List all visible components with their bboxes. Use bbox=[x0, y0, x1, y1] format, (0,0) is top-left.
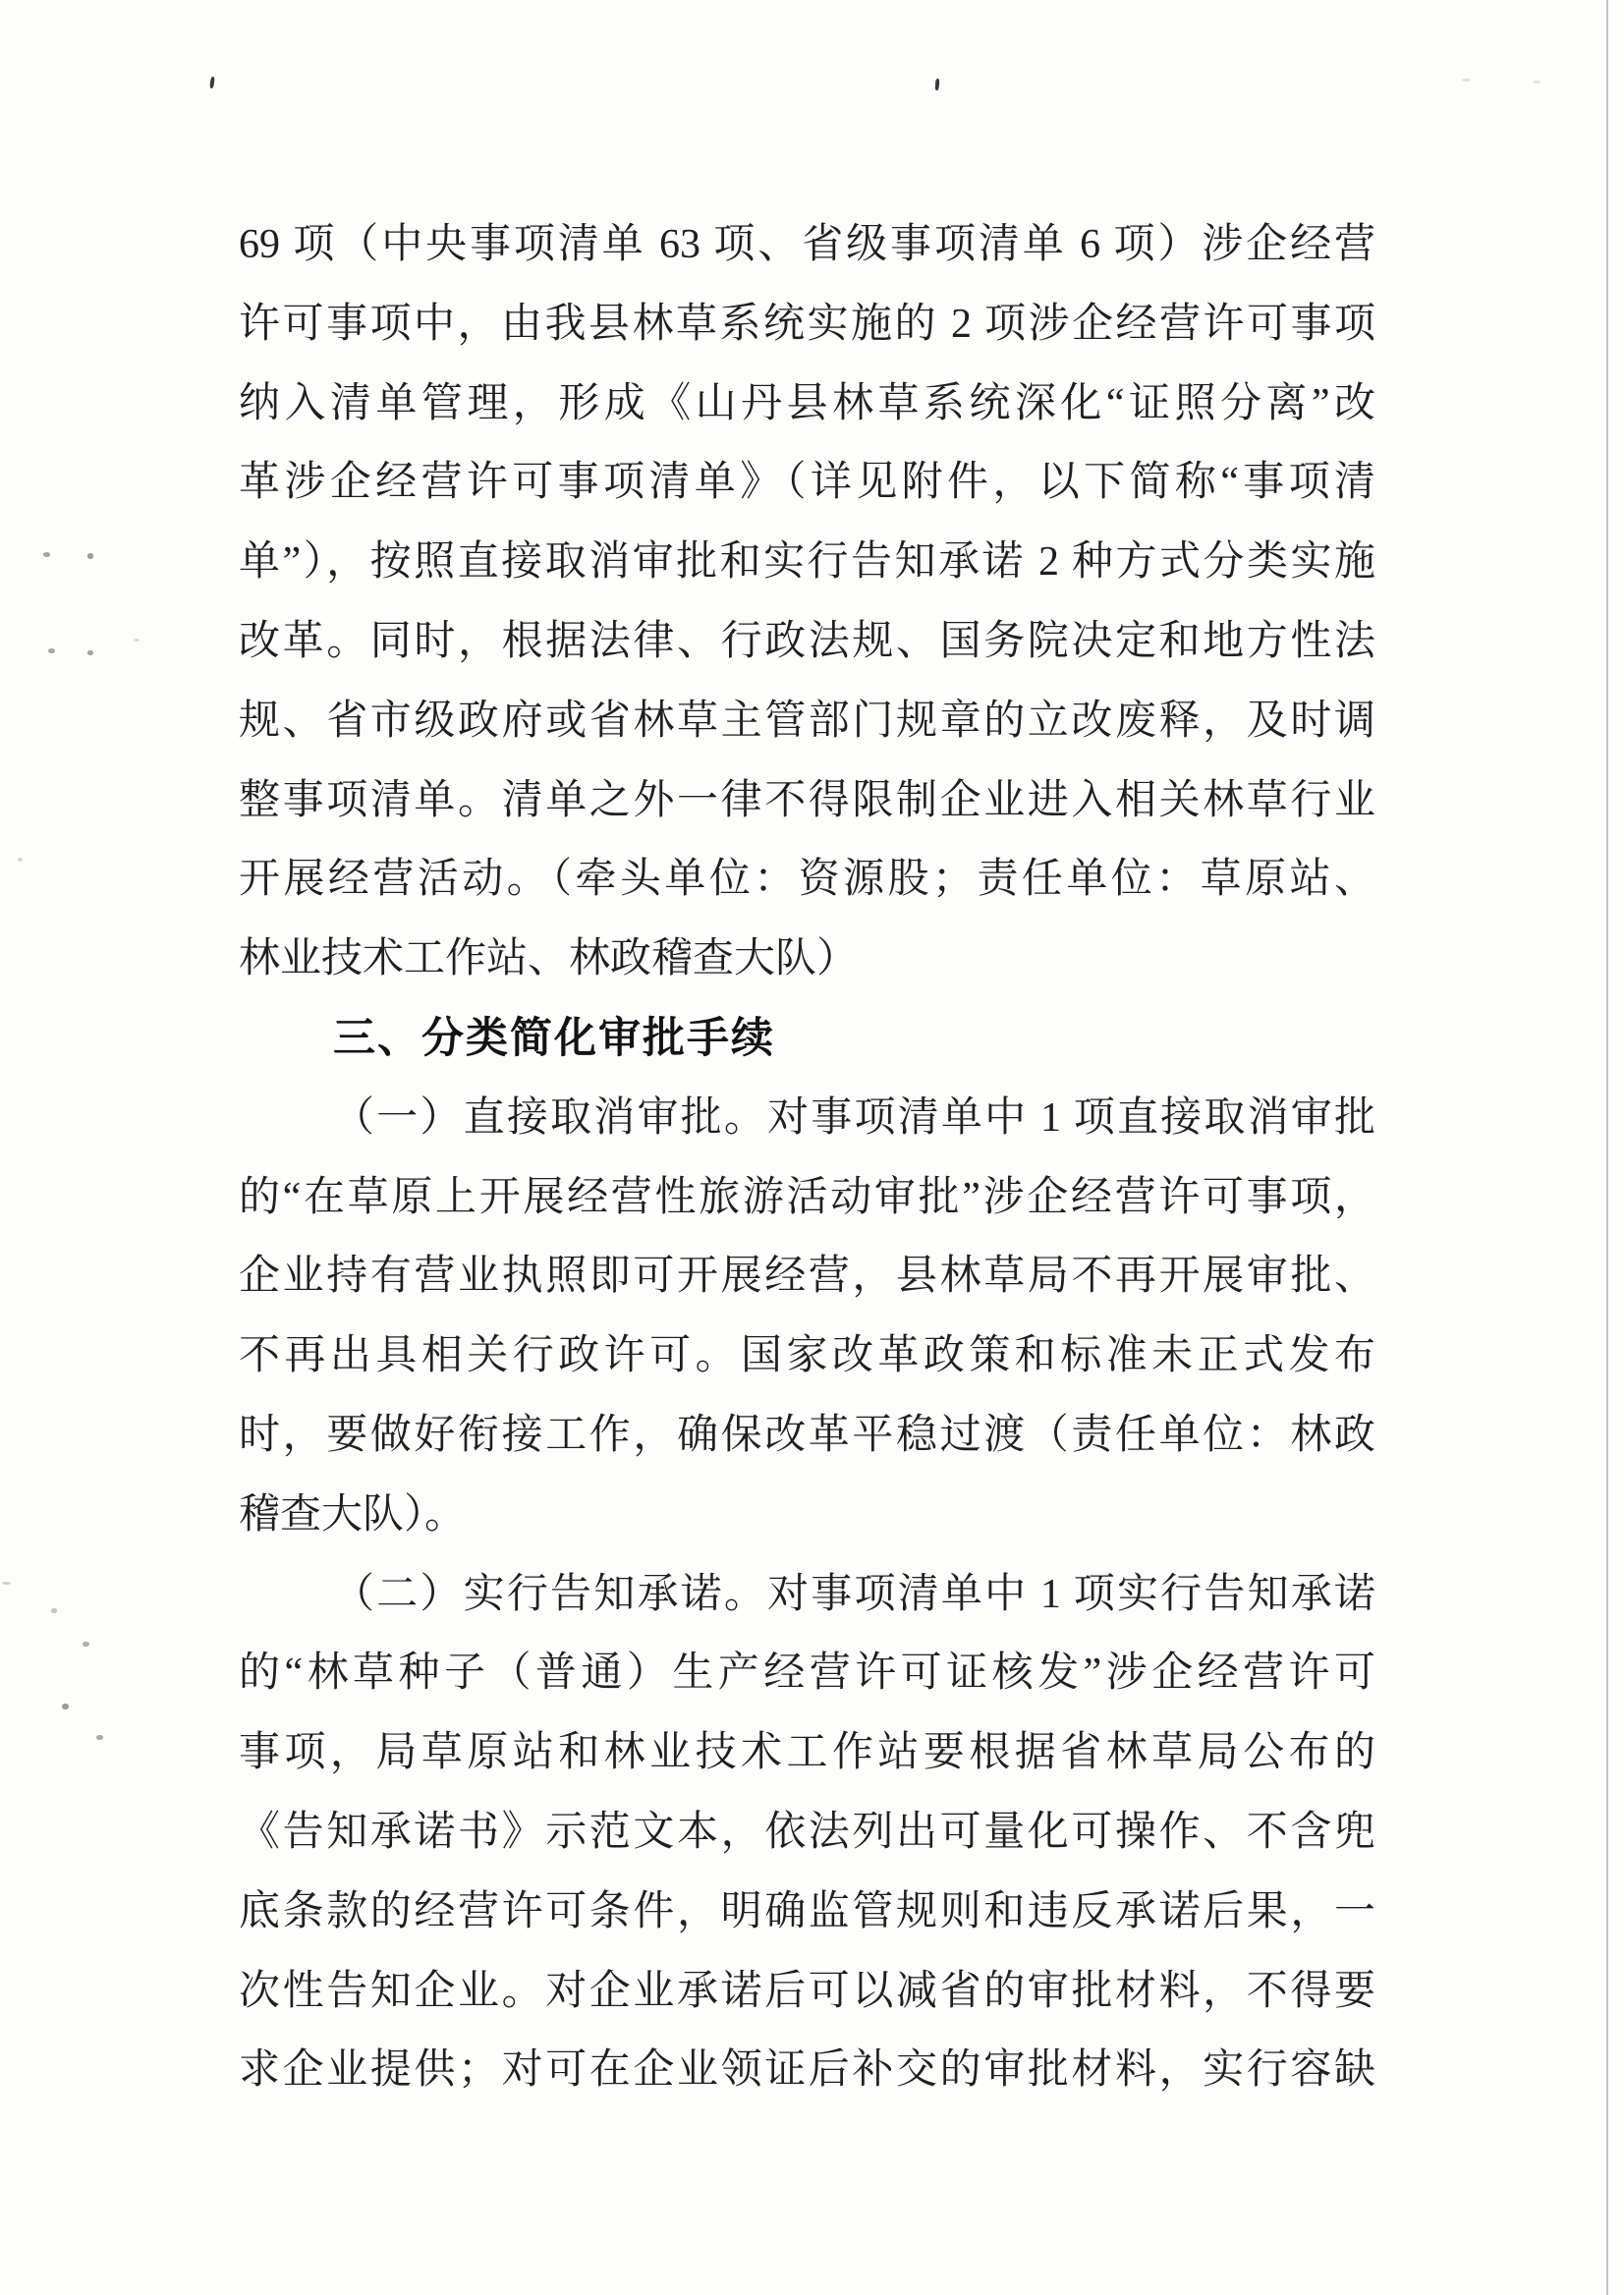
text-line: 企业持有营业执照即可开展经营，县林草局不再开展审批、 bbox=[239, 1237, 1375, 1316]
text-line: 稽查大队）。 bbox=[239, 1476, 1375, 1555]
scan-speck bbox=[48, 648, 55, 653]
text-line: （二）实行告知承诺。对事项清单中 1 项实行告知承诺 bbox=[239, 1555, 1375, 1635]
paragraph-item-one: （一）直接取消审批。对事项清单中 1 项直接取消审批的“在草原上开展经营性旅游活… bbox=[239, 1079, 1375, 1555]
text-line: 纳入清单管理，形成《山丹县林草系统深化“证照分离”改 bbox=[239, 364, 1375, 444]
text-line: 许可事项中，由我县林草系统实施的 2 项涉企经营许可事项 bbox=[239, 285, 1375, 364]
text-line: 改革。同时，根据法律、行政法规、国务院决定和地方性法 bbox=[239, 602, 1375, 682]
ink-speck bbox=[934, 79, 939, 90]
text-line: 的“林草种子（普通）生产经营许可证核发”涉企经营许可 bbox=[239, 1634, 1375, 1713]
scan-speck bbox=[83, 1642, 89, 1647]
text-line: 《告知承诺书》示范文本，依法列出可量化可操作、不含兜 bbox=[239, 1793, 1375, 1873]
section-heading-text: 三、分类简化审批手续 bbox=[239, 999, 1375, 1079]
text-line: 的“在草原上开展经营性旅游活动审批”涉企经营许可事项， bbox=[239, 1158, 1375, 1238]
ink-speck bbox=[209, 77, 215, 88]
text-line: 单”），按照直接取消审批和实行告知承诺 2 种方式分类实施 bbox=[239, 523, 1375, 602]
text-line: 69 项（中央事项清单 63 项、省级事项清单 6 项）涉企经营 bbox=[239, 205, 1375, 285]
paragraph-continuation: 69 项（中央事项清单 63 项、省级事项清单 6 项）涉企经营许可事项中，由我… bbox=[239, 205, 1375, 999]
text-line: 底条款的经营许可条件，明确监管规则和违反承诺后果，一 bbox=[239, 1873, 1375, 1952]
scan-edge-line bbox=[1606, 0, 1608, 2295]
scan-speck bbox=[51, 1608, 57, 1613]
text-line: 林业技术工作站、林政稽查大队） bbox=[239, 920, 1375, 999]
scan-speck bbox=[1533, 81, 1540, 84]
scan-speck bbox=[62, 1704, 69, 1709]
scan-speck bbox=[87, 553, 93, 559]
text-line: 革涉企经营许可事项清单》（详见附件，以下简称“事项清 bbox=[239, 443, 1375, 523]
paragraph-item-two: （二）实行告知承诺。对事项清单中 1 项实行告知承诺的“林草种子（普通）生产经营… bbox=[239, 1555, 1375, 2111]
scan-speck bbox=[18, 858, 23, 862]
text-line: 时，要做好衔接工作，确保改革平稳过渡（责任单位：林政 bbox=[239, 1396, 1375, 1476]
text-line: （一）直接取消审批。对事项清单中 1 项直接取消审批 bbox=[239, 1079, 1375, 1158]
scan-speck bbox=[87, 650, 93, 655]
scan-speck bbox=[1462, 79, 1471, 82]
text-line: 开展经营活动。（牵头单位：资源股；责任单位：草原站、 bbox=[239, 840, 1375, 920]
text-line: 求企业提供；对可在企业领证后补交的审批材料，实行容缺 bbox=[239, 2031, 1375, 2110]
scan-speck bbox=[134, 639, 140, 642]
section-heading: 三、分类简化审批手续 bbox=[239, 999, 1375, 1079]
text-line: 次性告知企业。对企业承诺后可以减省的审批材料，不得要 bbox=[239, 1952, 1375, 2032]
text-line: 不再出具相关行政许可。国家改革政策和标准未正式发布 bbox=[239, 1316, 1375, 1396]
text-line: 规、省市级政府或省林草主管部门规章的立改废释，及时调 bbox=[239, 682, 1375, 761]
scan-speck bbox=[43, 552, 50, 557]
text-line: 事项，局草原站和林业技术工作站要根据省林草局公布的 bbox=[239, 1713, 1375, 1793]
document-body: 69 项（中央事项清单 63 项、省级事项清单 6 项）涉企经营许可事项中，由我… bbox=[239, 205, 1375, 2110]
scan-speck bbox=[96, 1735, 103, 1740]
scan-speck bbox=[2, 1582, 11, 1585]
text-line: 整事项清单。清单之外一律不得限制企业进入相关林草行业 bbox=[239, 761, 1375, 841]
document-page: 69 项（中央事项清单 63 项、省级事项清单 6 项）涉企经营许可事项中，由我… bbox=[0, 0, 1624, 2295]
